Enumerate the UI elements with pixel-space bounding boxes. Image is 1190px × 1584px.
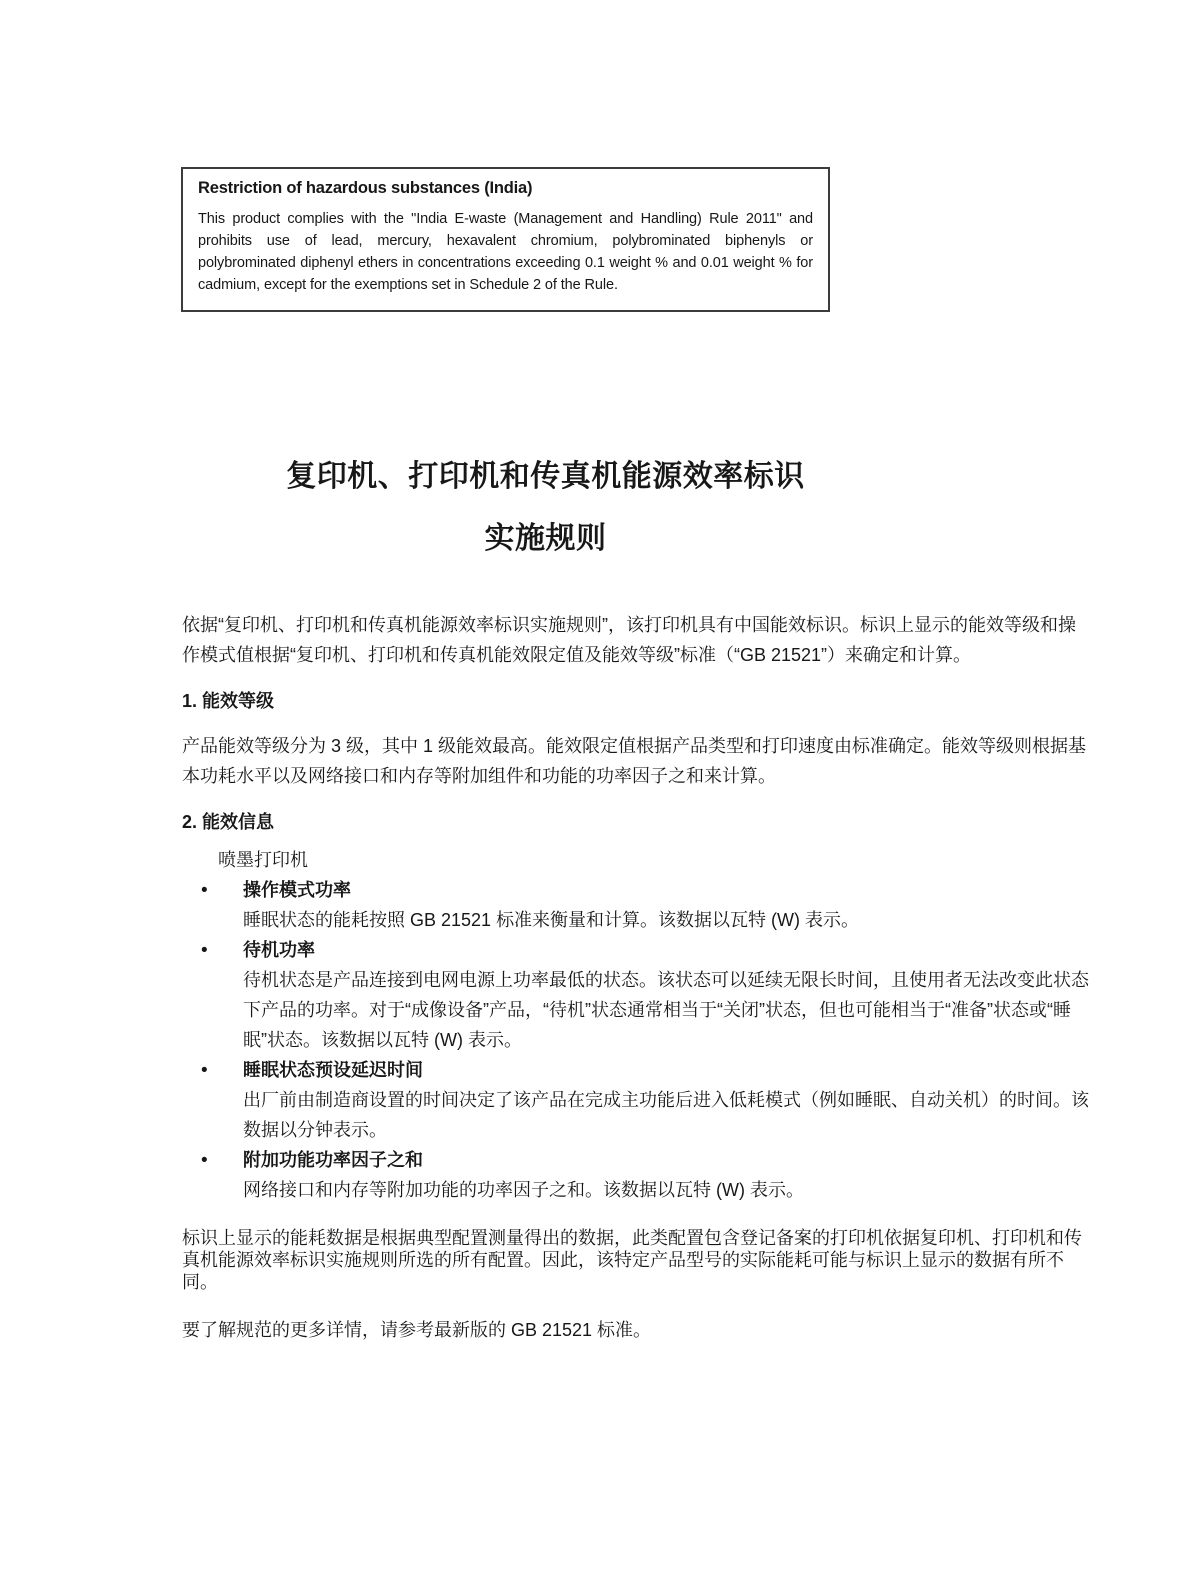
intro-paragraph: 依据“复印机、打印机和传真机能源效率标识实施规则”，该打印机具有中国能效标识。标… xyxy=(182,610,1090,670)
bullet-body: 睡眠状态的能耗按照 GB 21521 标准来衡量和计算。该数据以瓦特 (W) 表… xyxy=(243,905,1090,935)
bullet-icon xyxy=(182,935,243,1055)
bullet-title: 待机功率 xyxy=(243,935,1090,965)
bullet-item-standby-power: 待机功率 待机状态是产品连接到电网电源上功率最低的状态。该状态可以延续无限长时间… xyxy=(182,935,1090,1055)
bullet-body: 待机状态是产品连接到电网电源上功率最低的状态。该状态可以延续无限长时间，且使用者… xyxy=(243,965,1090,1055)
bullet-icon xyxy=(182,1055,243,1145)
inkjet-printer-group: 喷墨打印机 操作模式功率 睡眠状态的能耗按照 GB 21521 标准来衡量和计算… xyxy=(182,845,1090,1205)
closing-paragraph: 标识上显示的能耗数据是根据典型配置测量得出的数据，此类配置包含登记备案的打印机依… xyxy=(182,1227,1090,1293)
inkjet-printer-label: 喷墨打印机 xyxy=(218,845,1090,875)
bullet-content: 待机功率 待机状态是产品连接到电网电源上功率最低的状态。该状态可以延续无限长时间… xyxy=(243,935,1090,1055)
document-title-line2: 实施规则 xyxy=(182,508,909,570)
bullet-content: 睡眠状态预设延迟时间 出厂前由制造商设置的时间决定了该产品在完成主功能后进入低耗… xyxy=(243,1055,1090,1145)
bullet-body: 出厂前由制造商设置的时间决定了该产品在完成主功能后进入低耗模式（例如睡眠、自动关… xyxy=(243,1085,1090,1145)
bullet-content: 附加功能功率因子之和 网络接口和内存等附加功能的功率因子之和。该数据以瓦特 (W… xyxy=(243,1145,1090,1205)
bullet-item-operating-mode-power: 操作模式功率 睡眠状态的能耗按照 GB 21521 标准来衡量和计算。该数据以瓦… xyxy=(182,875,1090,935)
document-page: Restriction of hazardous substances (Ind… xyxy=(0,0,1190,1584)
bullet-icon xyxy=(182,1145,243,1205)
bullet-content: 操作模式功率 睡眠状态的能耗按照 GB 21521 标准来衡量和计算。该数据以瓦… xyxy=(243,875,1090,935)
rohs-heading: Restriction of hazardous substances (Ind… xyxy=(198,179,813,198)
section-1-body: 产品能效等级分为 3 级，其中 1 级能效最高。能效限定值根据产品类型和打印速度… xyxy=(182,731,1090,791)
reference-note: 要了解规范的更多详情，请参考最新版的 GB 21521 标准。 xyxy=(182,1315,1090,1345)
rohs-notice-box: Restriction of hazardous substances (Ind… xyxy=(181,167,830,312)
document-body: 依据“复印机、打印机和传真机能源效率标识实施规则”，该打印机具有中国能效标识。标… xyxy=(182,610,1090,1345)
document-title: 复印机、打印机和传真机能源效率标识 实施规则 xyxy=(182,446,909,570)
bullet-title: 睡眠状态预设延迟时间 xyxy=(243,1055,1090,1085)
document-title-line1: 复印机、打印机和传真机能源效率标识 xyxy=(182,446,909,508)
bullet-icon xyxy=(182,875,243,935)
section-2-heading: 2. 能效信息 xyxy=(182,807,1090,837)
energy-info-bullet-list: 操作模式功率 睡眠状态的能耗按照 GB 21521 标准来衡量和计算。该数据以瓦… xyxy=(182,875,1090,1205)
section-1-heading: 1. 能效等级 xyxy=(182,686,1090,716)
bullet-title: 操作模式功率 xyxy=(243,875,1090,905)
bullet-body: 网络接口和内存等附加功能的功率因子之和。该数据以瓦特 (W) 表示。 xyxy=(243,1175,1090,1205)
bullet-item-sleep-delay-time: 睡眠状态预设延迟时间 出厂前由制造商设置的时间决定了该产品在完成主功能后进入低耗… xyxy=(182,1055,1090,1145)
bullet-item-additional-power-factors: 附加功能功率因子之和 网络接口和内存等附加功能的功率因子之和。该数据以瓦特 (W… xyxy=(182,1145,1090,1205)
bullet-title: 附加功能功率因子之和 xyxy=(243,1145,1090,1175)
rohs-body-text: This product complies with the "India E-… xyxy=(198,208,813,296)
